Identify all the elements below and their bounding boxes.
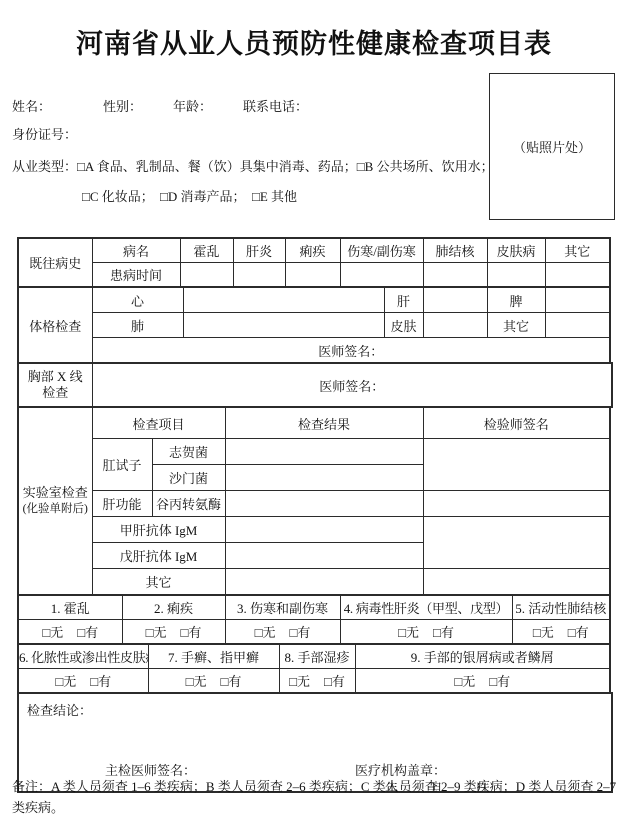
screening-5-yes-checkbox[interactable]: □有 bbox=[568, 622, 589, 641]
lab-other-signature-input[interactable] bbox=[423, 569, 610, 596]
screening-1-yes-checkbox[interactable]: □有 bbox=[77, 622, 98, 641]
form-title: 河南省从业人员预防性健康检查项目表 bbox=[0, 22, 628, 61]
physical-heart-label: 心 bbox=[92, 287, 183, 313]
physical-spleen-input[interactable] bbox=[545, 287, 610, 313]
conclusion-label: 检查结论： bbox=[27, 700, 92, 719]
history-time-input[interactable] bbox=[487, 263, 545, 288]
lab-label-line1: 实验室检查 bbox=[19, 485, 92, 501]
checkbox-icon: □ bbox=[289, 674, 297, 689]
yes-label: 有 bbox=[441, 625, 454, 640]
screening-7-checkbox-cell: □无□有 bbox=[148, 669, 279, 694]
lab-item-header: 检查项目 bbox=[92, 407, 225, 439]
history-name-header: 病名 bbox=[92, 238, 180, 263]
physical-liver-input[interactable] bbox=[423, 287, 487, 313]
physical-exam-table: 体格检查 心 肝 脾 肺 皮肤 其它 医师签名： bbox=[17, 286, 611, 364]
screening-3-no-checkbox[interactable]: □无 bbox=[255, 622, 276, 641]
history-time-input[interactable] bbox=[233, 263, 285, 288]
physical-lung-input[interactable] bbox=[183, 313, 384, 338]
physical-spleen-label: 脾 bbox=[487, 287, 545, 313]
id-number-label: 身份证号： bbox=[12, 124, 77, 143]
checkbox-icon: □ bbox=[433, 625, 441, 640]
lab-result-header: 检查结果 bbox=[225, 407, 423, 439]
screening-8-label: 8. 手部湿疹 bbox=[279, 644, 355, 669]
physical-lung-label: 肺 bbox=[92, 313, 183, 338]
lab-alt-label: 谷丙转氨酶 bbox=[152, 491, 225, 517]
physical-heart-input[interactable] bbox=[183, 287, 384, 313]
physical-skin-input[interactable] bbox=[423, 313, 487, 338]
occupation-option-e-checkbox[interactable]: □E 其他 bbox=[252, 186, 297, 205]
history-disease-header: 其它 bbox=[545, 238, 610, 263]
yes-label: 有 bbox=[576, 625, 589, 640]
no-label: 无 bbox=[63, 674, 76, 689]
lab-other-result-input[interactable] bbox=[225, 569, 423, 596]
gender-label: 性别： bbox=[103, 96, 142, 115]
screening-3-checkbox-cell: □无□有 bbox=[225, 620, 340, 645]
lab-section-label: 实验室检查 (化验单附后) bbox=[18, 407, 92, 595]
screening-1-checkbox-cell: □无□有 bbox=[18, 620, 122, 645]
history-disease-header: 皮肤病 bbox=[487, 238, 545, 263]
screening-table-2: 6. 化脓性或渗出性皮肤病 7. 手癣、指甲癣 8. 手部湿疹 9. 手部的银屑… bbox=[17, 643, 611, 694]
history-time-input[interactable] bbox=[545, 263, 610, 288]
lab-anal-swab-label: 肛试子 bbox=[92, 439, 152, 491]
checkbox-icon: □ bbox=[324, 674, 332, 689]
history-time-input[interactable] bbox=[180, 263, 233, 288]
no-label: 无 bbox=[297, 674, 310, 689]
screening-6-label: 6. 化脓性或渗出性皮肤病 bbox=[18, 644, 148, 669]
occupation-type-label: 从业类型： bbox=[12, 159, 77, 174]
no-label: 无 bbox=[50, 625, 63, 640]
screening-8-no-checkbox[interactable]: □无 bbox=[289, 671, 310, 690]
history-disease-header: 霍乱 bbox=[180, 238, 233, 263]
screening-4-no-checkbox[interactable]: □无 bbox=[398, 622, 419, 641]
screening-4-checkbox-cell: □无□有 bbox=[340, 620, 512, 645]
main-form-table: 既往病史 病名 霍乱 肝炎 痢疾 伤寒/副伤寒 肺结核 皮肤病 其它 患病时间 bbox=[17, 237, 611, 793]
lab-hav-result-input[interactable] bbox=[225, 517, 423, 543]
lab-salmonella-label: 沙门菌 bbox=[152, 465, 225, 491]
physical-skin-label: 皮肤 bbox=[384, 313, 423, 338]
physical-other-label: 其它 bbox=[487, 313, 545, 338]
name-label: 姓名： bbox=[12, 96, 51, 115]
screening-8-yes-checkbox[interactable]: □有 bbox=[324, 671, 345, 690]
lab-liver-label: 肝功能 bbox=[92, 491, 152, 517]
screening-9-yes-checkbox[interactable]: □有 bbox=[489, 671, 510, 690]
no-label: 无 bbox=[153, 625, 166, 640]
screening-7-yes-checkbox[interactable]: □有 bbox=[221, 671, 242, 690]
screening-8-checkbox-cell: □无□有 bbox=[279, 669, 355, 694]
screening-5-label: 5. 活动性肺结核 bbox=[512, 595, 610, 620]
history-section-label: 既往病史 bbox=[18, 238, 92, 287]
physical-section-label: 体格检查 bbox=[18, 287, 92, 363]
screening-3-yes-checkbox[interactable]: □有 bbox=[290, 622, 311, 641]
no-label: 无 bbox=[262, 625, 275, 640]
screening-9-label: 9. 手部的银屑病或者鳞屑 bbox=[355, 644, 610, 669]
occupation-option-a-checkbox[interactable]: □A 食品、乳制品、餐（饮）具集中消毒、药品； bbox=[77, 159, 357, 174]
occupation-option-b-checkbox[interactable]: □B 公共场所、饮用水； bbox=[357, 159, 494, 174]
lab-hepatitis-signature-input[interactable] bbox=[423, 517, 610, 569]
lab-sign-header: 检验师签名 bbox=[423, 407, 610, 439]
screening-5-checkbox-cell: □无□有 bbox=[512, 620, 610, 645]
yes-label: 有 bbox=[85, 625, 98, 640]
screening-2-no-checkbox[interactable]: □无 bbox=[146, 622, 167, 641]
physical-liver-label: 肝 bbox=[384, 287, 423, 313]
physical-doctor-signature-label: 医师签名： bbox=[92, 338, 610, 364]
lab-shigella-label: 志贺菌 bbox=[152, 439, 225, 465]
history-disease-header: 肝炎 bbox=[233, 238, 285, 263]
xray-label-line2: 检查 bbox=[19, 385, 92, 401]
lab-shigella-result-input[interactable] bbox=[225, 439, 423, 465]
yes-label: 有 bbox=[297, 625, 310, 640]
screening-6-checkbox-cell: □无□有 bbox=[18, 669, 148, 694]
history-time-input[interactable] bbox=[423, 263, 487, 288]
lab-table: 实验室检查 (化验单附后) 检查项目 检查结果 检验师签名 肛试子 志贺菌 沙门… bbox=[17, 406, 611, 596]
lab-hev-result-input[interactable] bbox=[225, 543, 423, 569]
history-table: 既往病史 病名 霍乱 肝炎 痢疾 伤寒/副伤寒 肺结核 皮肤病 其它 患病时间 bbox=[17, 237, 611, 288]
lab-salmonella-result-input[interactable] bbox=[225, 465, 423, 491]
checkbox-icon: □ bbox=[398, 625, 406, 640]
checkbox-icon: □ bbox=[90, 674, 98, 689]
phone-label: 联系电话： bbox=[243, 96, 308, 115]
no-label: 无 bbox=[541, 625, 554, 640]
screening-7-label: 7. 手癣、指甲癣 bbox=[148, 644, 279, 669]
physical-other-input[interactable] bbox=[545, 313, 610, 338]
photo-box: （贴照片处） bbox=[489, 73, 615, 220]
screening-2-checkbox-cell: □无□有 bbox=[122, 620, 225, 645]
lab-alt-signature-input[interactable] bbox=[423, 491, 610, 517]
lab-hev-label: 戊肝抗体 IgM bbox=[92, 543, 225, 569]
photo-placeholder-label: （贴照片处） bbox=[513, 137, 591, 156]
age-label: 年龄： bbox=[173, 96, 212, 115]
history-disease-header: 伤寒/副伤寒 bbox=[340, 238, 423, 263]
screening-6-no-checkbox[interactable]: □无 bbox=[55, 671, 76, 690]
no-label: 无 bbox=[462, 674, 475, 689]
screening-9-checkbox-cell: □无□有 bbox=[355, 669, 610, 694]
yes-label: 有 bbox=[332, 674, 345, 689]
screening-1-label: 1. 霍乱 bbox=[18, 595, 122, 620]
checkbox-icon: □ bbox=[77, 625, 85, 640]
xray-table: 胸部 X 线 检查 医师签名： bbox=[17, 362, 613, 408]
screening-3-label: 3. 伤寒和副伤寒 bbox=[225, 595, 340, 620]
history-disease-header: 肺结核 bbox=[423, 238, 487, 263]
screening-9-no-checkbox[interactable]: □无 bbox=[454, 671, 475, 690]
screening-1-no-checkbox[interactable]: □无 bbox=[42, 622, 63, 641]
history-time-input[interactable] bbox=[340, 263, 423, 288]
lab-alt-result-input[interactable] bbox=[225, 491, 423, 517]
screening-4-yes-checkbox[interactable]: □有 bbox=[433, 622, 454, 641]
screening-4-label: 4. 病毒性肝炎（甲型、戊型） bbox=[340, 595, 512, 620]
checkbox-icon: □ bbox=[568, 625, 576, 640]
xray-section-label: 胸部 X 线 检查 bbox=[18, 363, 92, 407]
no-label: 无 bbox=[406, 625, 419, 640]
lab-hav-label: 甲肝抗体 IgM bbox=[92, 517, 225, 543]
screening-table-1: 1. 霍乱 2. 痢疾 3. 伤寒和副伤寒 4. 病毒性肝炎（甲型、戊型） 5.… bbox=[17, 594, 611, 645]
history-disease-header: 痢疾 bbox=[285, 238, 340, 263]
screening-2-label: 2. 痢疾 bbox=[122, 595, 225, 620]
checkbox-icon: □ bbox=[489, 674, 497, 689]
footnote-text: 备注：A 类人员须查 1–6 类疾病；B 类人员须查 2–6 类疾病；C 类人员… bbox=[12, 776, 624, 818]
history-time-input[interactable] bbox=[285, 263, 340, 288]
yes-label: 有 bbox=[228, 674, 241, 689]
occupation-option-d-checkbox[interactable]: □D 消毒产品； bbox=[160, 186, 246, 205]
history-time-label: 患病时间 bbox=[92, 263, 180, 288]
lab-swab-signature-input[interactable] bbox=[423, 439, 610, 491]
screening-5-no-checkbox[interactable]: □无 bbox=[533, 622, 554, 641]
occupation-type-row: 从业类型：□A 食品、乳制品、餐（饮）具集中消毒、药品；□B 公共场所、饮用水； bbox=[12, 156, 494, 175]
yes-label: 有 bbox=[188, 625, 201, 640]
occupation-option-c-checkbox[interactable]: □C 化妆品； bbox=[82, 186, 154, 205]
screening-2-yes-checkbox[interactable]: □有 bbox=[181, 622, 202, 641]
lab-other-label: 其它 bbox=[92, 569, 225, 596]
xray-doctor-signature-label: 医师签名： bbox=[92, 363, 612, 407]
screening-6-yes-checkbox[interactable]: □有 bbox=[90, 671, 111, 690]
lab-label-line2: (化验单附后) bbox=[19, 501, 92, 517]
yes-label: 有 bbox=[497, 674, 510, 689]
screening-7-no-checkbox[interactable]: □无 bbox=[186, 671, 207, 690]
xray-label-line1: 胸部 X 线 bbox=[19, 369, 92, 385]
no-label: 无 bbox=[193, 674, 206, 689]
yes-label: 有 bbox=[98, 674, 111, 689]
checkbox-icon: □ bbox=[533, 625, 541, 640]
